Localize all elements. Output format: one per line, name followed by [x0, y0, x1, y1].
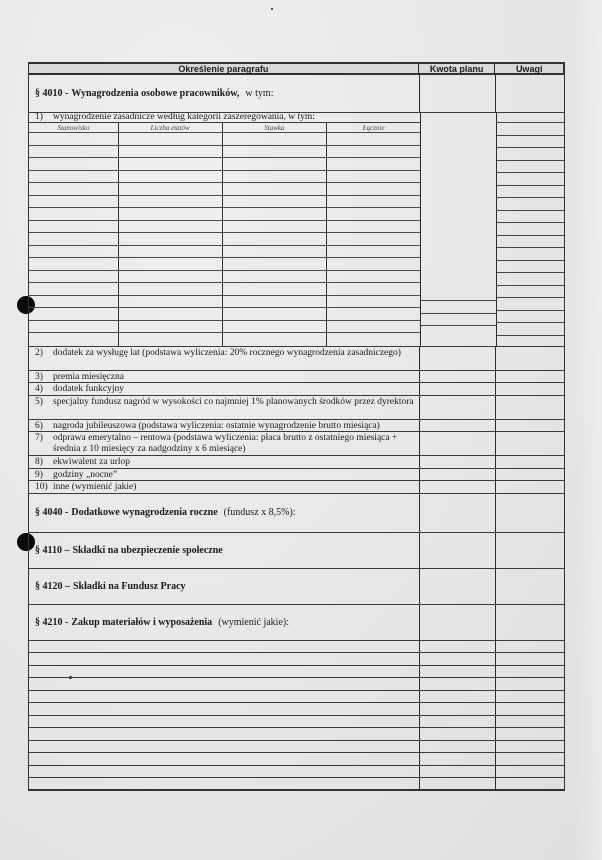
amount-cell[interactable]	[420, 533, 497, 568]
amount-cell[interactable]	[420, 741, 497, 753]
fte-cell[interactable]	[119, 283, 223, 295]
fte-cell[interactable]	[119, 308, 223, 320]
list-item: 10)inne (wymienić jakie)	[29, 481, 564, 494]
subtable-col-total: Łącznie	[327, 123, 420, 132]
item-text: premia miesięczna	[53, 372, 124, 383]
description-cell[interactable]	[29, 728, 420, 740]
amount-cell[interactable]	[420, 691, 497, 703]
list-item: 3)premia miesięczna	[29, 371, 564, 384]
fte-cell[interactable]	[119, 146, 223, 158]
description-cell[interactable]	[29, 703, 420, 715]
subtable-row	[29, 271, 420, 284]
amount-cell[interactable]	[420, 753, 497, 765]
amount-cell[interactable]	[420, 641, 497, 653]
notes-cell[interactable]	[496, 481, 564, 493]
ruled-line	[497, 285, 564, 286]
ruled-line	[497, 160, 564, 161]
amount-cell[interactable]	[420, 678, 497, 690]
ruled-line	[497, 310, 564, 311]
notes-cell[interactable]	[496, 653, 564, 665]
ruled-line	[497, 172, 564, 173]
list-item: 4)dodatek funkcyjny	[29, 383, 564, 396]
fte-cell[interactable]	[119, 333, 223, 346]
amount-cell[interactable]	[420, 728, 497, 740]
item-label: 5)specjalny fundusz nagród w wysokości c…	[29, 396, 420, 419]
total-cell[interactable]	[327, 246, 420, 258]
blank-row	[29, 666, 564, 679]
item-text: dodatek funkcyjny	[53, 384, 124, 395]
item-text: nagroda jubileuszowa (podstawa wyliczeni…	[53, 421, 380, 432]
item-number: 4)	[35, 384, 53, 395]
subtable-row	[29, 208, 420, 221]
section-suffix: (wymienić jakie):	[218, 617, 289, 628]
item-label: 8)ekwiwalent za urlop	[29, 456, 420, 468]
notes-cell[interactable]	[496, 347, 564, 370]
amount-cell[interactable]	[420, 569, 497, 604]
notes-cell[interactable]	[496, 383, 564, 395]
subtable-row	[29, 283, 420, 296]
notes-cell[interactable]	[496, 728, 564, 740]
header-amount: Kwota planu	[419, 64, 496, 73]
ruled-line	[497, 197, 564, 198]
notes-cell[interactable]	[496, 533, 564, 568]
position-cell[interactable]	[29, 283, 119, 295]
item-text: odprawa emerytalno – rentowa (podstawa w…	[53, 433, 419, 455]
item-text: dodatek za wysługę lat (podstawa wylicze…	[53, 348, 401, 359]
list-item: 2)dodatek za wysługę lat (podstawa wylic…	[29, 347, 564, 371]
subtable-row	[29, 196, 420, 209]
section-title: Zakup materiałów i wyposażenia	[71, 617, 212, 628]
blank-row	[29, 753, 564, 766]
subtable-row	[29, 258, 420, 271]
ruled-line	[497, 272, 564, 273]
total-cell[interactable]	[327, 221, 420, 233]
amount-cell[interactable]	[420, 371, 497, 383]
item-label: 2)dodatek za wysługę lat (podstawa wylic…	[29, 347, 420, 370]
fte-cell[interactable]	[119, 208, 223, 220]
section-4010-label: § 4010 - Wynagrodzenia osobowe pracownik…	[29, 75, 420, 112]
amount-cell[interactable]	[420, 347, 497, 370]
description-cell[interactable]	[29, 666, 420, 678]
ruled-line	[421, 313, 496, 314]
fte-cell[interactable]	[119, 246, 223, 258]
notes-cell[interactable]	[496, 703, 564, 715]
position-cell[interactable]	[29, 321, 119, 333]
position-cell[interactable]	[29, 196, 119, 208]
item-number: 10)	[35, 482, 53, 493]
amount-cell[interactable]	[420, 666, 497, 678]
blank-row	[29, 728, 564, 741]
fte-cell[interactable]	[119, 321, 223, 333]
subtable-row	[29, 308, 420, 321]
blank-row	[29, 653, 564, 666]
total-cell[interactable]	[327, 158, 420, 170]
position-cell[interactable]	[29, 333, 119, 346]
fte-cell[interactable]	[119, 221, 223, 233]
ruled-line	[497, 222, 564, 223]
item-number: 2)	[35, 348, 53, 359]
blank-row	[29, 678, 564, 691]
position-cell[interactable]	[29, 246, 119, 258]
section-4120-label: § 4120 – Składki na Fundusz Pracy	[29, 569, 420, 604]
subtable-row	[29, 333, 420, 346]
item-label: 9)godziny „nocne”	[29, 469, 420, 481]
position-cell[interactable]	[29, 258, 119, 270]
section-4210-label: § 4210 - Zakup materiałów i wyposażenia …	[29, 605, 420, 640]
rate-cell[interactable]	[223, 208, 328, 220]
blank-row	[29, 691, 564, 704]
amount-cell[interactable]	[420, 481, 497, 493]
total-cell[interactable]	[327, 271, 420, 283]
amount-cell[interactable]	[420, 456, 497, 468]
subtable-col-position: Stanowisko	[29, 123, 119, 132]
item-number: 3)	[35, 372, 53, 383]
subtable-row	[29, 246, 420, 259]
notes-cell[interactable]	[496, 753, 564, 765]
rate-cell[interactable]	[223, 321, 328, 333]
item-label: 6)nagroda jubileuszowa (podstawa wylicze…	[29, 420, 420, 432]
scan-speck	[271, 8, 273, 10]
subtable-row	[29, 171, 420, 184]
subtable-header: Stanowisko Liczba etatów Stawka Łącznie	[29, 123, 420, 133]
subtable-row	[29, 183, 420, 196]
position-cell[interactable]	[29, 146, 119, 158]
subtable-row	[29, 146, 420, 159]
notes-cell[interactable]	[496, 691, 564, 703]
description-cell[interactable]	[29, 653, 420, 665]
item-label: 10)inne (wymienić jakie)	[29, 481, 420, 493]
subtable-row	[29, 321, 420, 334]
section-4210: § 4210 - Zakup materiałów i wyposażenia …	[29, 605, 564, 641]
list-item: 5)specjalny fundusz nagród w wysokości c…	[29, 396, 564, 420]
section-code: § 4110 –	[35, 545, 69, 556]
total-cell[interactable]	[327, 196, 420, 208]
subtable-row	[29, 233, 420, 246]
item-number: 9)	[35, 470, 53, 481]
position-cell[interactable]	[29, 208, 119, 220]
section-4120: § 4120 – Składki na Fundusz Pracy	[29, 569, 564, 605]
fte-cell[interactable]	[119, 133, 223, 145]
item-number: 6)	[35, 421, 53, 432]
rate-cell[interactable]	[223, 333, 328, 346]
amount-cell[interactable]	[420, 605, 497, 640]
item-text: ekwiwalent za urlop	[53, 457, 130, 468]
rate-cell[interactable]	[223, 233, 328, 245]
item-number: 7)	[35, 433, 53, 444]
blank-row	[29, 716, 564, 729]
fte-cell[interactable]	[119, 258, 223, 270]
total-cell[interactable]	[327, 233, 420, 245]
total-cell[interactable]	[327, 208, 420, 220]
item-list: 2)dodatek za wysługę lat (podstawa wylic…	[29, 347, 564, 494]
list-item: 6)nagroda jubileuszowa (podstawa wylicze…	[29, 420, 564, 433]
section-title: Wynagrodzenia osobowe pracowników,	[71, 88, 239, 99]
fte-cell[interactable]	[119, 296, 223, 308]
amount-cell[interactable]	[420, 396, 497, 419]
rate-cell[interactable]	[223, 146, 328, 158]
notes-cell[interactable]	[496, 569, 564, 604]
description-cell[interactable]	[29, 641, 420, 653]
ruled-line	[421, 325, 496, 326]
position-cell[interactable]	[29, 296, 119, 308]
subtable-row	[29, 221, 420, 234]
ruled-line	[497, 260, 564, 261]
amount-cell[interactable]	[420, 766, 497, 778]
item-label: 4)dodatek funkcyjny	[29, 383, 420, 395]
position-cell[interactable]	[29, 171, 119, 183]
amount-cell[interactable]	[420, 494, 497, 532]
ruled-line	[497, 247, 564, 248]
item-text: wynagrodzenie zasadnicze według kategori…	[53, 113, 315, 122]
rate-cell[interactable]	[223, 308, 328, 320]
ruled-line	[421, 300, 496, 301]
rate-cell[interactable]	[223, 246, 328, 258]
section-code: § 4010 -	[35, 88, 68, 99]
position-cell[interactable]	[29, 308, 119, 320]
list-item: 8)ekwiwalent za urlop	[29, 456, 564, 469]
rate-cell[interactable]	[223, 271, 328, 283]
item-number: 8)	[35, 457, 53, 468]
amount-cell[interactable]	[420, 383, 497, 395]
section-code: § 4210 -	[35, 617, 68, 628]
total-cell[interactable]	[327, 333, 420, 346]
item-label: 7)odprawa emerytalno – rentowa (podstawa…	[29, 432, 420, 455]
notes-cell[interactable]	[496, 678, 564, 690]
section-4110-label: § 4110 – Składki na ubezpieczenie społec…	[29, 533, 420, 568]
section-4010: § 4010 - Wynagrodzenia osobowe pracownik…	[29, 75, 564, 113]
item-1-block: 1) wynagrodzenie zasadnicze według kateg…	[29, 113, 564, 347]
rate-cell[interactable]	[223, 171, 328, 183]
notes-cell[interactable]	[496, 778, 564, 789]
position-cell[interactable]	[29, 271, 119, 283]
list-item: 7)odprawa emerytalno – rentowa (podstawa…	[29, 432, 564, 456]
notes-cell[interactable]	[497, 113, 564, 346]
notes-cell[interactable]	[496, 420, 564, 432]
description-cell[interactable]	[29, 678, 420, 690]
blank-row	[29, 641, 564, 654]
notes-cell[interactable]	[496, 716, 564, 728]
rate-cell[interactable]	[223, 196, 328, 208]
position-cell[interactable]	[29, 183, 119, 195]
notes-cell[interactable]	[496, 741, 564, 753]
item-1-label: 1) wynagrodzenie zasadnicze według kateg…	[29, 113, 420, 123]
amount-cell[interactable]	[420, 420, 497, 432]
rate-cell[interactable]	[223, 221, 328, 233]
list-item: 9)godziny „nocne”	[29, 469, 564, 482]
notes-cell[interactable]	[496, 605, 564, 640]
item-number: 5)	[35, 397, 53, 408]
amount-cell[interactable]	[420, 778, 497, 789]
table-header: Określenie paragrafu Kwota planu Uwagi	[28, 62, 565, 75]
total-cell[interactable]	[327, 146, 420, 158]
description-cell[interactable]	[29, 716, 420, 728]
ruled-line	[497, 235, 564, 236]
section-code: § 4040 -	[35, 507, 68, 518]
subtable-row	[29, 158, 420, 171]
ruled-line	[497, 210, 564, 211]
item-label: 3)premia miesięczna	[29, 371, 420, 383]
header-notes: Uwagi	[495, 64, 563, 73]
amount-cell[interactable]	[420, 469, 497, 481]
fte-cell[interactable]	[119, 196, 223, 208]
budget-plan-form: Określenie paragrafu Kwota planu Uwagi §…	[28, 62, 565, 791]
amount-cell[interactable]	[420, 75, 497, 112]
description-cell[interactable]	[29, 753, 420, 765]
amount-cell[interactable]	[420, 703, 497, 715]
ruled-line	[497, 185, 564, 186]
table-body: § 4010 - Wynagrodzenia osobowe pracownik…	[28, 75, 565, 791]
section-4110: § 4110 – Składki na ubezpieczenie społec…	[29, 533, 564, 569]
position-cell[interactable]	[29, 158, 119, 170]
item-1-cell: 1) wynagrodzenie zasadnicze według kateg…	[29, 113, 421, 346]
section-title: Dodatkowe wynagrodzenia roczne	[71, 507, 217, 518]
notes-cell[interactable]	[496, 494, 564, 532]
subtable-row	[29, 296, 420, 309]
notes-cell[interactable]	[496, 666, 564, 678]
blank-row	[29, 778, 564, 791]
rate-cell[interactable]	[223, 296, 328, 308]
ruled-line	[497, 297, 564, 298]
item-text: inne (wymienić jakie)	[53, 482, 136, 493]
notes-cell[interactable]	[496, 432, 564, 455]
ruled-line	[497, 135, 564, 136]
fte-cell[interactable]	[119, 158, 223, 170]
item-text: specjalny fundusz nagród w wysokości co …	[53, 397, 414, 408]
subtable-col-fte: Liczba etatów	[119, 123, 223, 132]
total-cell[interactable]	[327, 133, 420, 145]
section-code: § 4120 –	[35, 581, 70, 592]
notes-cell[interactable]	[496, 766, 564, 778]
blank-row	[29, 741, 564, 754]
blank-row	[29, 766, 564, 779]
position-cell[interactable]	[29, 233, 119, 245]
total-cell[interactable]	[327, 171, 420, 183]
description-cell[interactable]	[29, 691, 420, 703]
total-cell[interactable]	[327, 308, 420, 320]
item-text: godziny „nocne”	[53, 470, 117, 481]
notes-cell[interactable]	[496, 75, 564, 112]
section-4040: § 4040 - Dodatkowe wynagrodzenia roczne …	[29, 494, 564, 533]
rate-cell[interactable]	[223, 183, 328, 195]
amount-cell[interactable]	[421, 113, 497, 346]
position-cell[interactable]	[29, 133, 119, 145]
section-title: Składki na Fundusz Pracy	[73, 581, 186, 592]
notes-cell[interactable]	[496, 396, 564, 419]
materials-blank-rows	[29, 641, 564, 791]
amount-cell[interactable]	[420, 716, 497, 728]
subtable-col-rate: Stawka	[223, 123, 328, 132]
page-edge-shadow	[572, 0, 602, 860]
notes-cell[interactable]	[496, 371, 564, 383]
item-number: 1)	[35, 113, 53, 122]
rate-cell[interactable]	[223, 133, 328, 145]
section-suffix: w tym:	[245, 88, 273, 99]
subtable-row	[29, 133, 420, 146]
section-4040-label: § 4040 - Dodatkowe wynagrodzenia roczne …	[29, 494, 420, 532]
notes-cell[interactable]	[496, 456, 564, 468]
section-suffix: (fundusz x 8,5%):	[224, 507, 296, 518]
fte-cell[interactable]	[119, 271, 223, 283]
fte-cell[interactable]	[119, 233, 223, 245]
section-title: Składki na ubezpieczenie społeczne	[72, 545, 222, 556]
header-paragraph: Określenie paragrafu	[29, 64, 419, 73]
notes-cell[interactable]	[496, 641, 564, 653]
description-cell[interactable]	[29, 766, 420, 778]
total-cell[interactable]	[327, 321, 420, 333]
total-cell[interactable]	[327, 296, 420, 308]
rate-cell[interactable]	[223, 158, 328, 170]
fte-cell[interactable]	[119, 183, 223, 195]
notes-cell[interactable]	[496, 469, 564, 481]
position-cell[interactable]	[29, 221, 119, 233]
rate-cell[interactable]	[223, 283, 328, 295]
total-cell[interactable]	[327, 283, 420, 295]
ruled-line	[497, 335, 564, 336]
ruled-line	[497, 122, 564, 123]
blank-row	[29, 703, 564, 716]
ruled-line	[497, 322, 564, 323]
amount-cell[interactable]	[420, 432, 497, 455]
amount-cell[interactable]	[420, 653, 497, 665]
rate-cell[interactable]	[223, 258, 328, 270]
total-cell[interactable]	[327, 258, 420, 270]
fte-cell[interactable]	[119, 171, 223, 183]
subtable-rows	[29, 133, 420, 346]
total-cell[interactable]	[327, 183, 420, 195]
description-cell[interactable]	[29, 778, 420, 789]
ruled-line	[497, 147, 564, 148]
description-cell[interactable]	[29, 741, 420, 753]
